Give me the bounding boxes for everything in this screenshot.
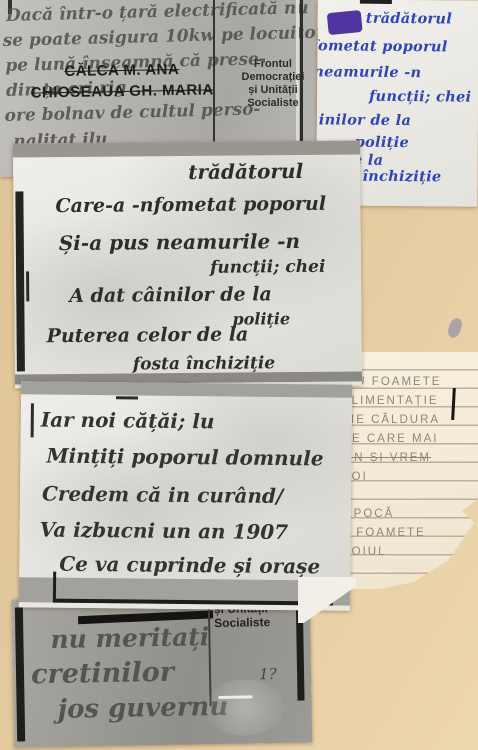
slogan-line: jos guvernu	[57, 692, 228, 725]
verse-line: Iar noi cățăi; lu	[41, 407, 215, 433]
ink-line: trădătorul	[366, 10, 452, 28]
ink-line: închiziție	[362, 168, 441, 186]
smudge-dash	[218, 695, 252, 699]
photo-smudge	[205, 679, 284, 736]
column-divider-line	[208, 604, 212, 706]
verse-line: Ce va cuprinde și orașe	[59, 552, 320, 579]
caps-line: E CARE MAI	[352, 433, 438, 445]
caps-line: A FOAMETE	[344, 527, 426, 539]
stamp-name-line: CHIOSEAUA GH. MARIA	[6, 79, 238, 104]
rule-tick	[53, 572, 56, 602]
pen-dash	[360, 0, 392, 4]
front-stamp: Frontul Democrației și Unității Socialis…	[236, 58, 310, 110]
front-stamp-line: Socialiste	[236, 97, 310, 110]
ink-line: fometat poporul	[316, 37, 448, 55]
censor-name-stamp: CĂLCA M. ANA CHIOSEAUA GH. MARIA	[6, 58, 239, 104]
verse-line: Și-a pus neamurile -n	[59, 229, 300, 255]
verse-line: trădătorul	[188, 159, 303, 184]
photo-left-edge	[15, 191, 25, 371]
caps-line: ȚIE CĂLDURA	[344, 414, 440, 426]
pencil-line: Dacă într-o țară electrificată nu	[6, 0, 309, 26]
pen-stroke	[451, 388, 456, 420]
scribbled-out-word	[327, 10, 363, 35]
album-page: Dacă într-o țară electrificată nu se poa…	[0, 0, 478, 750]
verse-line: Va izbucni un an 1907	[40, 517, 289, 544]
verse-line: Mințiți poporul domnule	[46, 444, 323, 471]
slogan-line: nu meritați	[50, 622, 209, 654]
front-stamp-line: Socialiste	[214, 615, 300, 630]
verse-line: Care-a -nfometat poporul	[55, 193, 326, 217]
note-lined-right: T RU FOAMETE ALIMENTAȚIE ȚIE CĂLDURA E C…	[344, 352, 478, 589]
ink-line: poliție	[355, 134, 410, 151]
correction-mark	[116, 396, 138, 399]
film-edge-left	[15, 607, 25, 741]
front-stamp-line: Frontul	[236, 58, 310, 71]
verse-line: Puterea celor de la	[47, 323, 249, 347]
caps-line: EPOCĂ	[344, 508, 394, 520]
ink-line: inilor de la	[319, 111, 411, 129]
verse-line: funcții; chei	[210, 257, 326, 278]
photo-bottom: și Unității Socialiste nu meritați creti…	[12, 594, 313, 747]
verse-line: fosta închiziție	[133, 353, 275, 374]
photo-lower-middle-note: Iar noi cățăi; lu Mințiți poporul domnul…	[19, 381, 352, 610]
margin-tick	[26, 271, 29, 301]
handwritten-mark: 1?	[259, 665, 277, 683]
verse-line: A dat câinilor de la	[69, 283, 272, 307]
margin-tick	[31, 403, 34, 437]
caps-line: ALIMENTAȚIE	[344, 395, 439, 407]
ink-line: neamurile -n	[316, 63, 421, 81]
ink-smudge	[446, 317, 464, 340]
pencil-line: se poate asigura 10kw pe locuitor	[2, 23, 324, 51]
caps-line-struck: ȚIN ȘI VREM	[344, 452, 431, 464]
verse-line: Credem că in curând/	[42, 481, 284, 508]
front-stamp-line: Democrației	[236, 71, 310, 84]
slogan-line: cretinilor	[31, 657, 174, 690]
photo-top-margin	[21, 381, 352, 397]
photo-top-margin	[13, 140, 360, 157]
ink-line: funcții; chei	[369, 88, 471, 106]
photo-middle-note: trădătorul Care-a -nfometat poporul Și-a…	[13, 140, 362, 388]
front-stamp-line: și Unității	[236, 84, 310, 97]
